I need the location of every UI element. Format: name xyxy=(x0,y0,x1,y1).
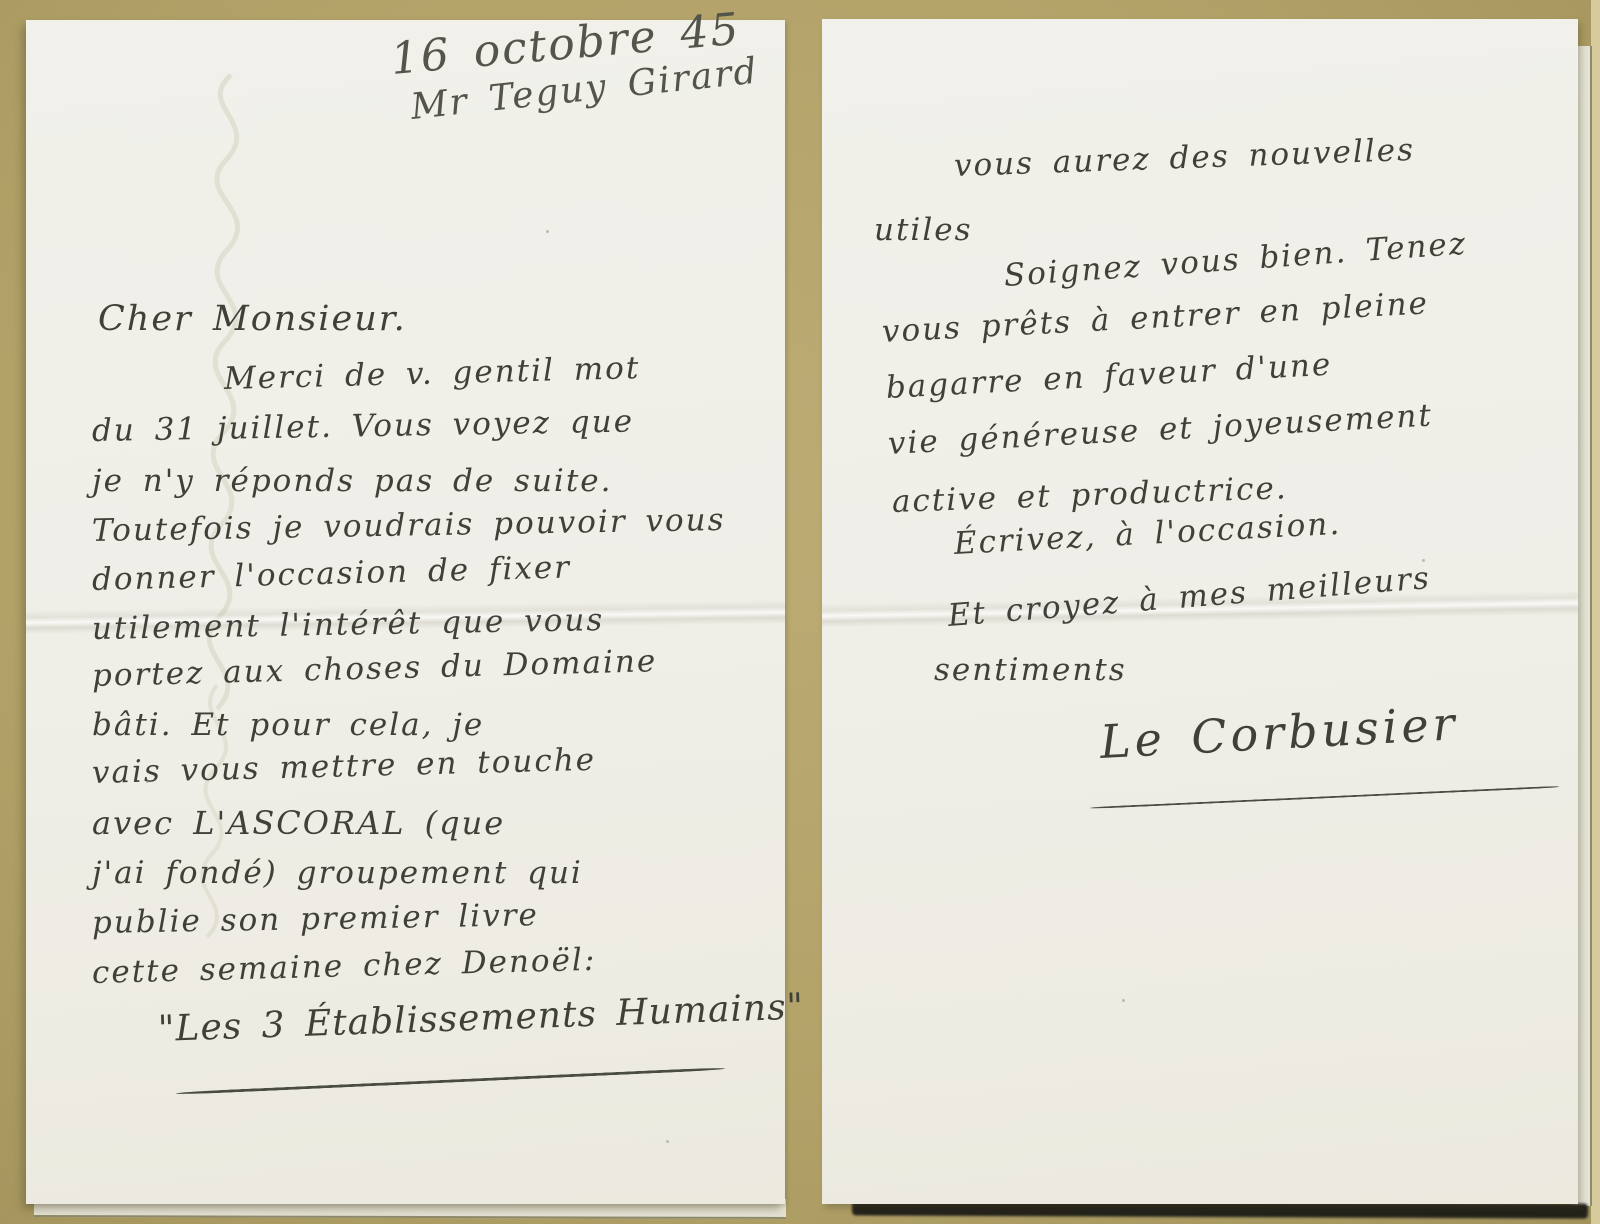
handwriting-line: Écrivez, à l'occasion. xyxy=(953,509,1342,560)
signature-underline xyxy=(1090,786,1560,809)
handwriting-line: avec L'ASCORAL (que xyxy=(92,807,505,839)
scanned-letter-photo: 16 octobre 45 Mr Teguy Girard Cher Monsi… xyxy=(0,0,1600,1224)
handwriting-line: Soignez vous bien. Tenez xyxy=(1003,229,1468,292)
handwriting-line: cette semaine chez Denoël: xyxy=(92,945,597,989)
letter-page-1: 16 octobre 45 Mr Teguy Girard Cher Monsi… xyxy=(26,20,785,1204)
handwriting-line: bâti. Et pour cela, je xyxy=(92,710,484,741)
scan-edge-strip xyxy=(1591,0,1600,1224)
handwriting-line: Toutefois je voudrais pouvoir vous xyxy=(92,505,726,547)
handwriting-line: vie généreuse et joyeusement xyxy=(887,400,1433,460)
letter-page-2: vous aurez des nouvelles utiles Soignez … xyxy=(822,19,1578,1204)
signature: Le Corbusier xyxy=(1099,700,1460,765)
paper-speck xyxy=(666,1140,669,1143)
handwriting-line: sentiments xyxy=(934,655,1127,686)
book-title-line: "Les 3 Établissements Humains" xyxy=(157,989,804,1048)
handwriting-line: publie son premier livre xyxy=(92,900,539,939)
handwriting-line: utilement l'intérêt que vous xyxy=(92,605,605,645)
handwriting-line: utiles xyxy=(874,215,973,246)
paper-speck xyxy=(1122,999,1125,1002)
handwriting-line: bagarre en faveur d'une xyxy=(885,350,1333,404)
handwriting-line: du 31 juillet. Vous voyez que xyxy=(92,407,635,447)
paper-speck xyxy=(546,230,549,233)
handwriting-line: Merci de v. gentil mot xyxy=(224,353,641,395)
paper-speck xyxy=(146,780,149,783)
handwriting-line: vous prêts à entrer en pleine xyxy=(881,288,1429,348)
handwriting-line: j'ai fondé) groupement qui xyxy=(92,858,583,889)
salutation-line: Cher Monsieur. xyxy=(98,302,407,337)
handwriting-line: Et croyez à mes meilleurs xyxy=(947,563,1432,632)
paper-speck xyxy=(1422,559,1425,562)
handwriting-line: vous aurez des nouvelles xyxy=(953,135,1415,182)
handwriting-line: je n'y réponds pas de suite. xyxy=(92,466,613,497)
title-underline xyxy=(176,1067,726,1095)
